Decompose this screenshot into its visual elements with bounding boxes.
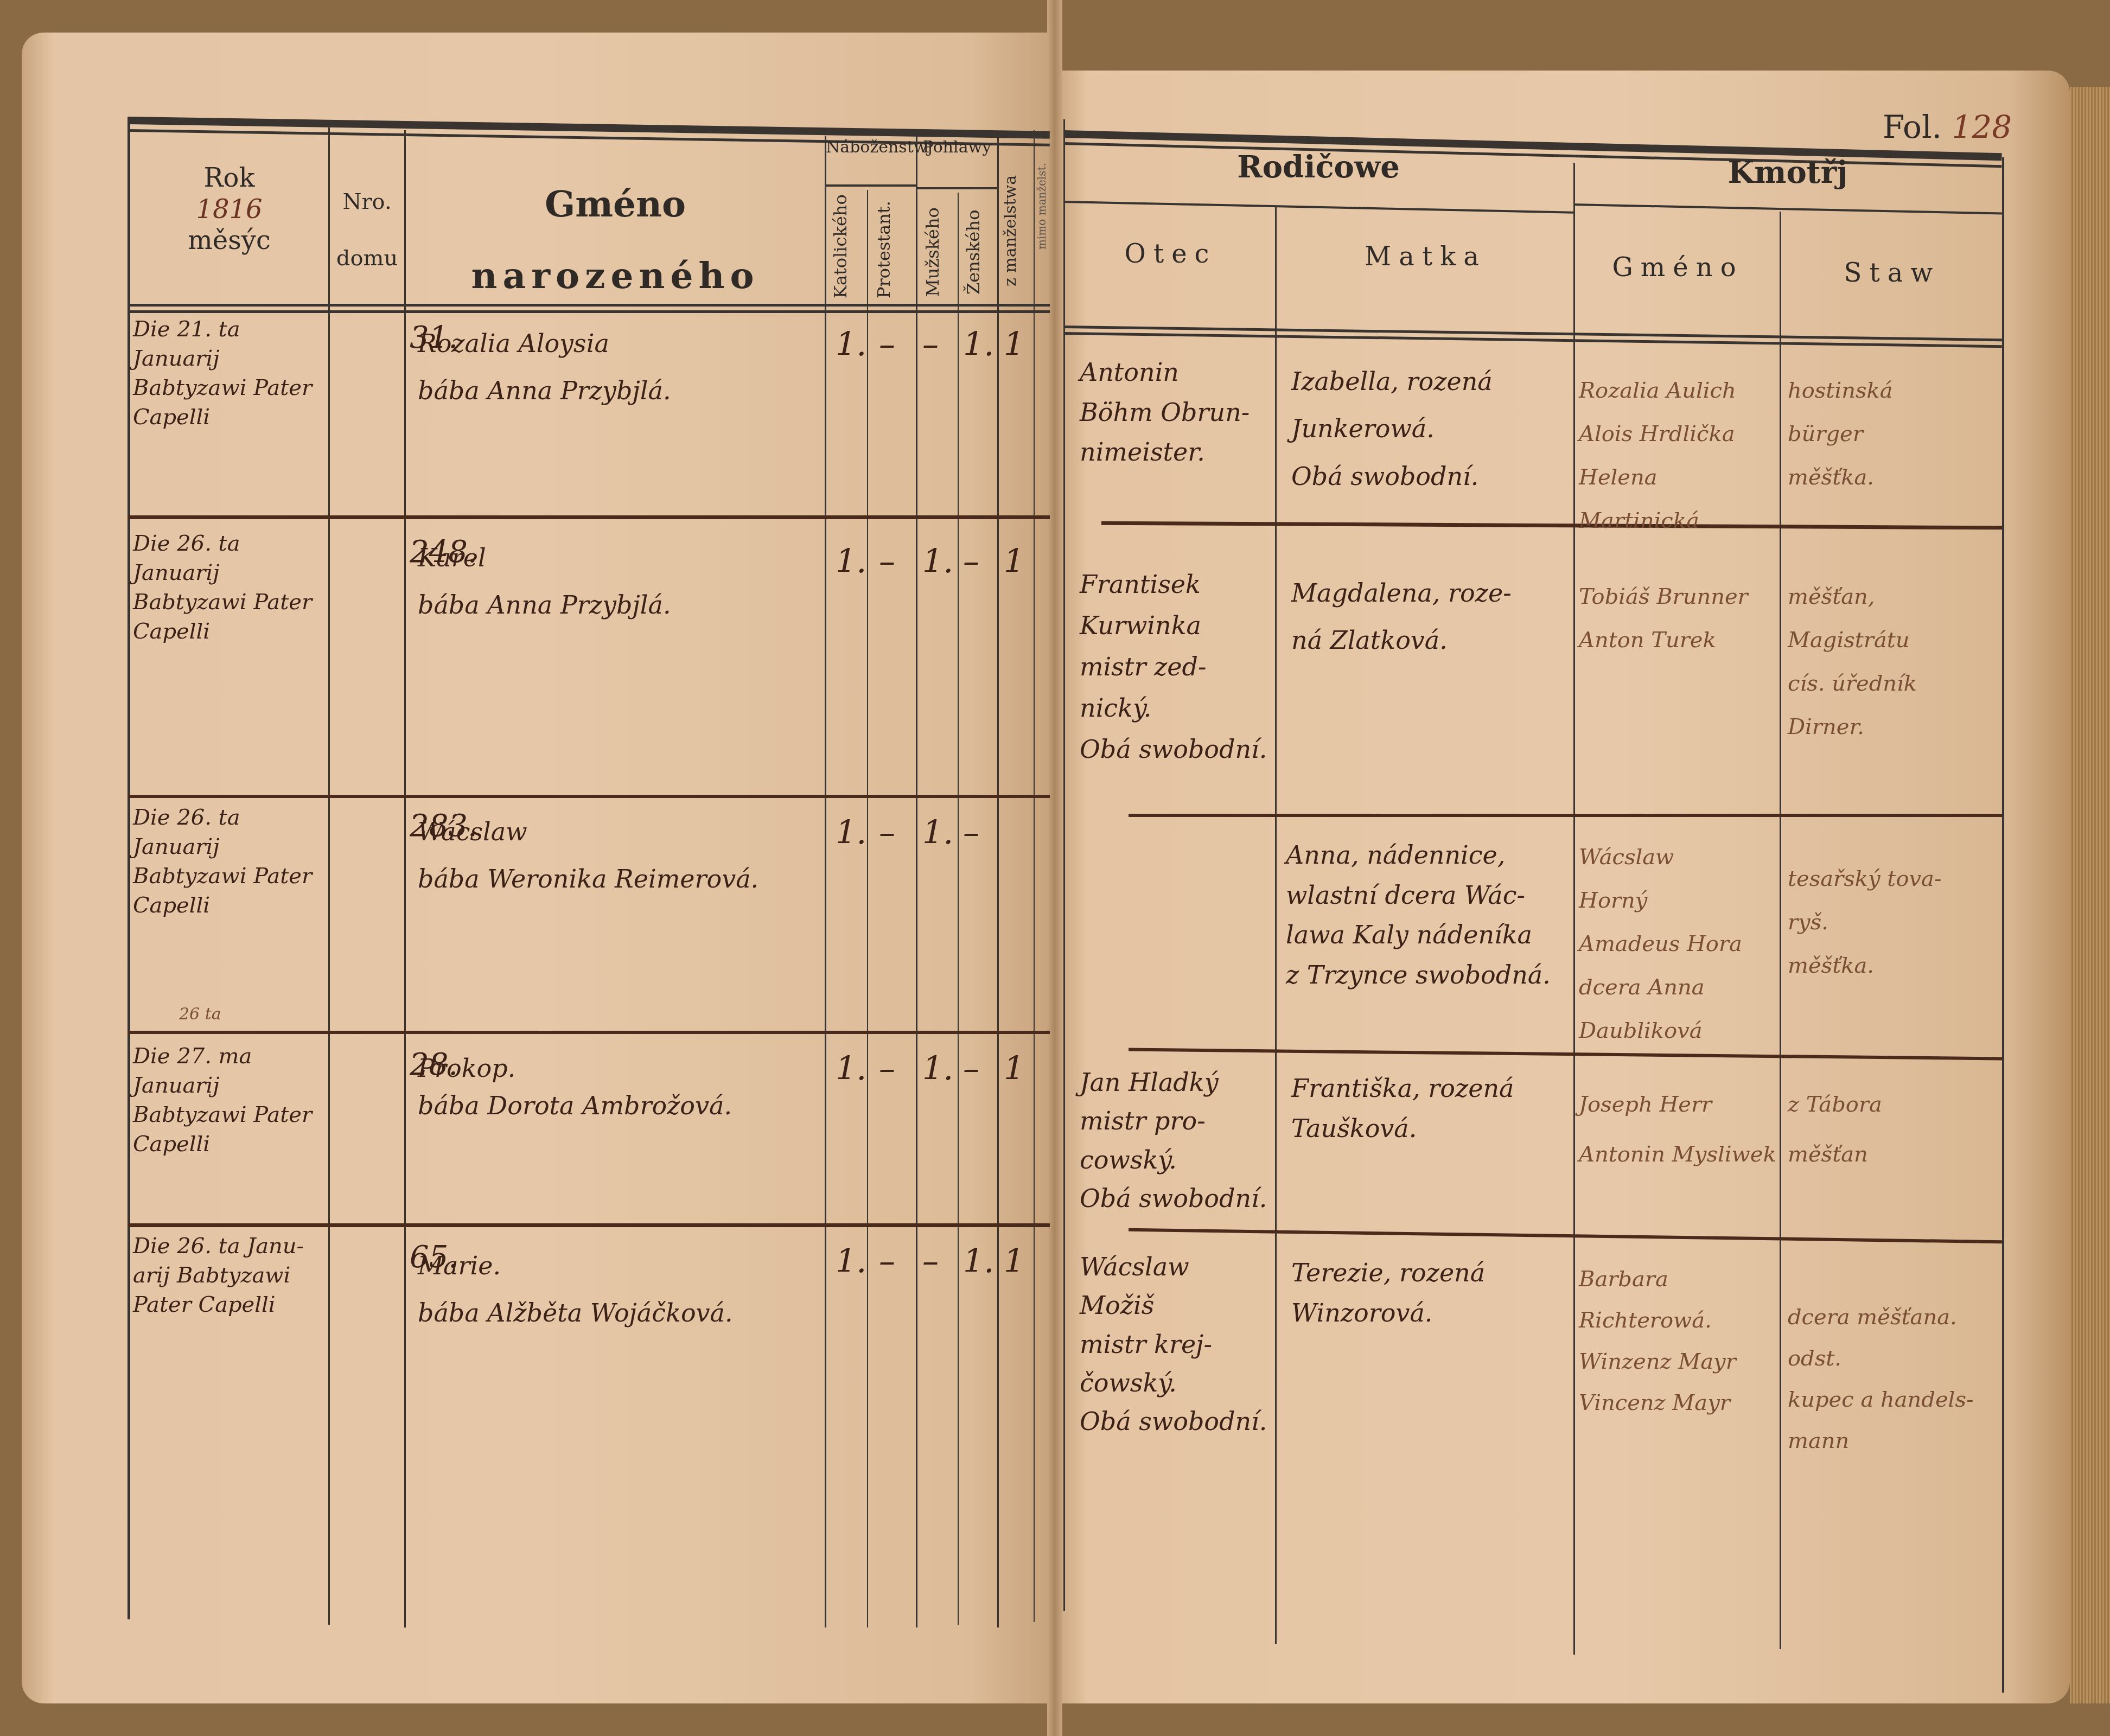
header-mother: Matka [1278,241,1573,272]
row-separator [128,515,1050,519]
entry-catholic: 1. [836,325,866,363]
header-year: 1816 [130,194,328,226]
book-scan: Fol. 128 Rok 1816 měsýc Nro. domu Gméno … [0,0,2110,1736]
header-father: Otec [1066,239,1275,269]
entry-protestant: – [879,542,895,580]
entry-godparent-names: Tobiáš Brunner Anton Turek [1579,575,1780,662]
entry-godparent-status: z Tábora měšťan [1788,1080,1999,1179]
entry-male: 1. [922,1050,953,1088]
entry-godparent-status: měšťan, Magistrátu cís. úředník Dirner. [1788,575,1999,749]
entry-mother: Magdalena, roze- ná Zlatková. [1291,570,1573,665]
header-godparent-status: Staw [1782,258,2002,288]
entry-godparent-status: hostinská bürger měšťka. [1788,369,1999,499]
entry-godparent-names: Rozalia Aulich Alois Hrdlička Helena Mar… [1579,369,1780,542]
entry-female: – [963,542,979,580]
entry-date: Die 26. ta Januarij Babtyzawi Pater Cape… [133,803,328,920]
entry-catholic: 1. [836,1242,866,1280]
header-rok: Rok 1816 měsýc [130,163,328,257]
folio-label: Fol. [1883,108,1942,145]
entry-in-marriage: 1 [1004,1242,1024,1280]
entry-child-name: Karel bába Anna Przybjlá. [418,534,819,629]
header-name: Gméno narozeného [406,168,825,311]
col-rule [916,136,917,1627]
header-godparent-name: Gméno [1576,252,1780,283]
col-rule [867,190,868,1627]
col-rule [128,122,130,1619]
col-rule [328,127,330,1625]
row-separator [128,1031,1050,1034]
header-domu-label: domu [330,230,404,286]
page-edges [2070,87,2110,1703]
header-parents: Rodičowe [1063,149,1573,185]
header-godparents: Kmotřj [1573,155,2002,190]
entry-date: Die 21. ta Januarij Babtyzawi Pater Cape… [133,315,328,432]
entry-protestant: – [879,325,895,363]
entry-catholic: 1. [836,814,866,852]
col-rule [2002,157,2004,1693]
row-separator [128,795,1050,798]
entry-female: – [963,1050,979,1088]
header-narozeneho-label: narozeného [406,240,825,311]
header-in-marriage: z manželstwa [1001,163,1031,298]
entry-mother: Františka, rozená Taušková. [1291,1069,1573,1148]
entry-in-marriage: 1 [1004,1050,1024,1088]
entry-child-name: Rozalia Aloysia bába Anna Przybjlá. [418,320,819,415]
entry-in-marriage: 1 [1004,325,1024,363]
header-protestant: Protestant. [874,201,906,298]
folio-number: Fol. 128 [1883,108,2012,145]
entry-father: Wácslaw Možiš mistr krej- čowský. Obá sw… [1080,1248,1275,1441]
col-rule [1573,163,1575,1655]
entry-mother: Terezie, rozená Winzorová. [1291,1253,1573,1333]
header-mesyc-label: měsýc [130,225,328,257]
col-rule [997,136,999,1627]
header-male: Mužského [922,206,952,298]
entry-date: Die 26. ta Janu- arij Babtyzawi Pater Ca… [133,1231,328,1319]
entry-godparent-names: Barbara Richterowá. Winzenz Mayr Vincenz… [1579,1259,1780,1424]
religion-subrule [825,184,917,187]
entry-female: 1. [963,325,994,363]
header-rok-label: Rok [130,163,328,194]
header-nro-label: Nro. [330,174,404,230]
header-out-of-marriage: mimo manželst. [1035,130,1048,282]
entry-mother: Anna, nádennice, wlastní dcera Wác- lawa… [1286,835,1573,995]
sex-subrule [917,187,998,189]
col-rule [1034,130,1035,1622]
entry-male: 1. [922,814,953,852]
entry-child-name: Marie. bába Alžběta Wojáčková. [418,1242,819,1337]
col-rule [1275,206,1277,1644]
entry-male: – [922,1242,939,1280]
entry-catholic: 1. [836,542,866,580]
entry-mother: Izabella, rozená Junkerowá. Obá swobodní… [1291,358,1573,500]
col-rule [404,130,406,1627]
row-separator [128,1223,1050,1227]
entry-in-marriage: 1 [1004,542,1024,580]
entry-date: Die 26. ta Januarij Babtyzawi Pater Cape… [133,529,328,646]
entry-date-correction: 26 ta [179,1004,221,1026]
entry-catholic: 1. [836,1050,866,1088]
entry-child-name: Prokop. bába Dorota Ambrožová. [418,1050,819,1125]
entry-female: 1. [963,1242,994,1280]
entry-date: Die 27. ma Januarij Babtyzawi Pater Cape… [133,1042,328,1159]
entry-godparent-names: Wácslaw Horný Amadeus Hora dcera Anna Da… [1579,835,1780,1052]
entry-child-name: Wácslaw bába Weronika Reimerová. [418,808,819,903]
header-sex: Pohlawy [917,138,997,156]
entry-male: 1. [922,542,953,580]
entry-protestant: – [879,1242,895,1280]
header-nro: Nro. domu [330,174,404,286]
header-gmeno-label: Gméno [406,168,825,240]
folio-value: 128 [1952,108,2012,145]
col-rule [825,136,826,1627]
book-gutter [1047,0,1062,1736]
entry-father: Frantisek Kurwinka mistr zed- nický. Obá… [1080,564,1275,770]
row-separator [1129,814,2002,817]
entry-protestant: – [879,1050,895,1088]
header-religion: Náboženstwj [826,138,916,156]
entry-father: Jan Hladký mistr pro- cowský. Obá swobod… [1080,1063,1275,1218]
header-catholic: Katolického [830,201,863,298]
entry-godparent-status: tesařský tova- ryš. měšťka. [1788,857,1999,987]
header-female: Ženského [963,206,993,298]
col-rule [958,193,959,1625]
entry-godparent-names: Joseph Herr Antonin Mysliwek [1579,1080,1780,1179]
entry-protestant: – [879,814,895,852]
col-rule [1063,119,1065,1611]
entry-male: – [922,325,939,363]
entry-godparent-status: dcera měšťana. odst. kupec a handels- ma… [1788,1297,1999,1461]
entry-female: – [963,814,979,852]
entry-father: Antonin Böhm Obrun- nimeister. [1080,353,1275,473]
col-rule [1780,212,1781,1649]
